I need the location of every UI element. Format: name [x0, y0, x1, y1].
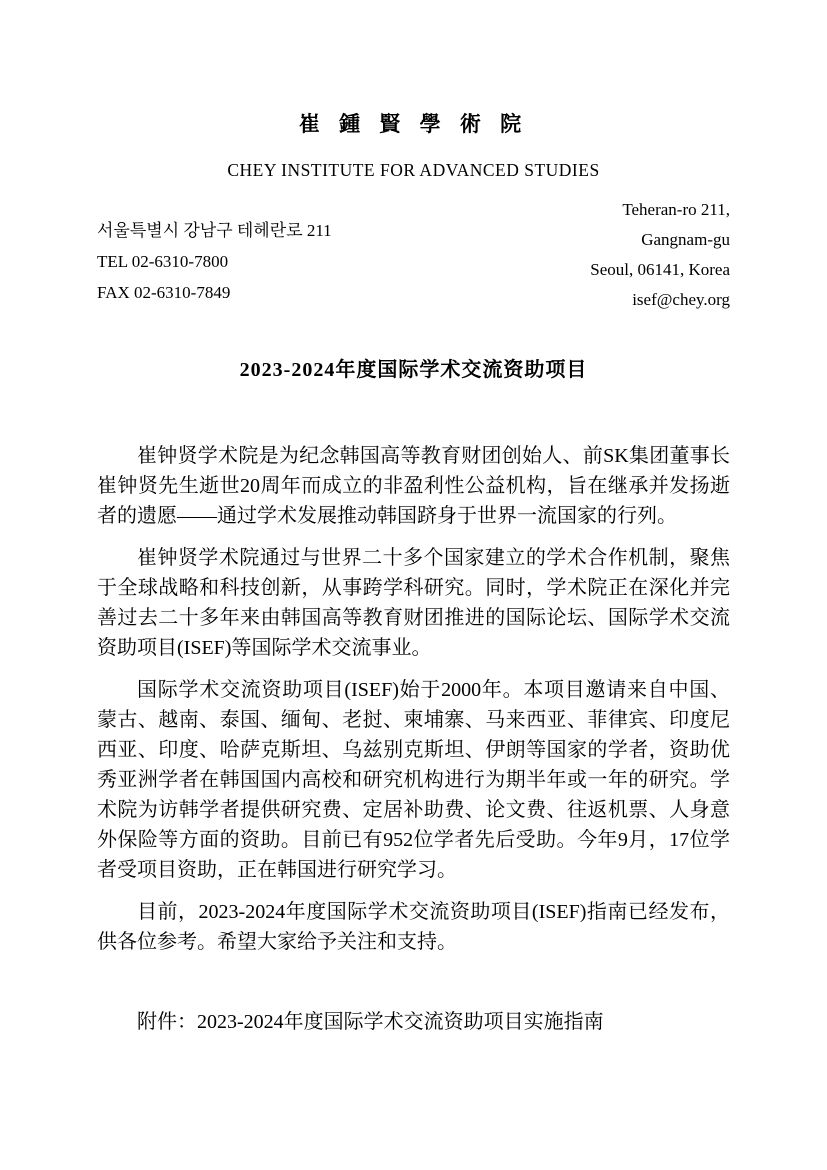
fax-line: FAX 02-6310-7849: [97, 277, 332, 308]
document-body: 崔钟贤学术院是为纪念韩国高等教育财团创始人、前SK集团董事长崔钟贤先生逝世20周…: [97, 441, 730, 1037]
address-korean: 서울특별시 강남구 테헤란로 211: [97, 215, 332, 246]
address-english-line-1: Teheran-ro 211,: [590, 195, 730, 225]
paragraph-cooperation: 崔钟贤学术院通过与世界二十多个国家建立的学术合作机制，聚焦于全球战略和科技创新，…: [97, 543, 730, 663]
attachment-line: 附件：2023-2024年度国际学术交流资助项目实施指南: [97, 1007, 730, 1037]
contact-left-column: 서울특별시 강남구 테헤란로 211 TEL 02-6310-7800 FAX …: [97, 195, 332, 315]
address-english-line-3: Seoul, 06141, Korea: [590, 255, 730, 285]
paragraph-intro-institute: 崔钟贤学术院是为纪念韩国高等教育财团创始人、前SK集团董事长崔钟贤先生逝世20周…: [97, 441, 730, 531]
paragraph-isef-program: 国际学术交流资助项目(ISEF)始于2000年。本项目邀请来自中国、蒙古、越南、…: [97, 675, 730, 885]
letterhead: 崔 鍾 賢 學 術 院 CHEY INSTITUTE FOR ADVANCED …: [97, 114, 730, 315]
document-title: 2023-2024年度国际学术交流资助项目: [97, 359, 730, 381]
address-english-line-2: Gangnam-gu: [590, 225, 730, 255]
contact-right-column: Teheran-ro 211, Gangnam-gu Seoul, 06141,…: [590, 195, 730, 315]
email-address: isef@chey.org: [590, 285, 730, 315]
org-name-en: CHEY INSTITUTE FOR ADVANCED STUDIES: [97, 161, 730, 179]
contact-block: 서울특별시 강남구 테헤란로 211 TEL 02-6310-7800 FAX …: [97, 195, 730, 315]
tel-line: TEL 02-6310-7800: [97, 246, 332, 277]
paragraph-guide-released: 目前，2023-2024年度国际学术交流资助项目(ISEF)指南已经发布，供各位…: [97, 897, 730, 957]
document-page: 崔 鍾 賢 學 術 院 CHEY INSTITUTE FOR ADVANCED …: [0, 0, 827, 1170]
org-name-cjk: 崔 鍾 賢 學 術 院: [97, 114, 730, 135]
